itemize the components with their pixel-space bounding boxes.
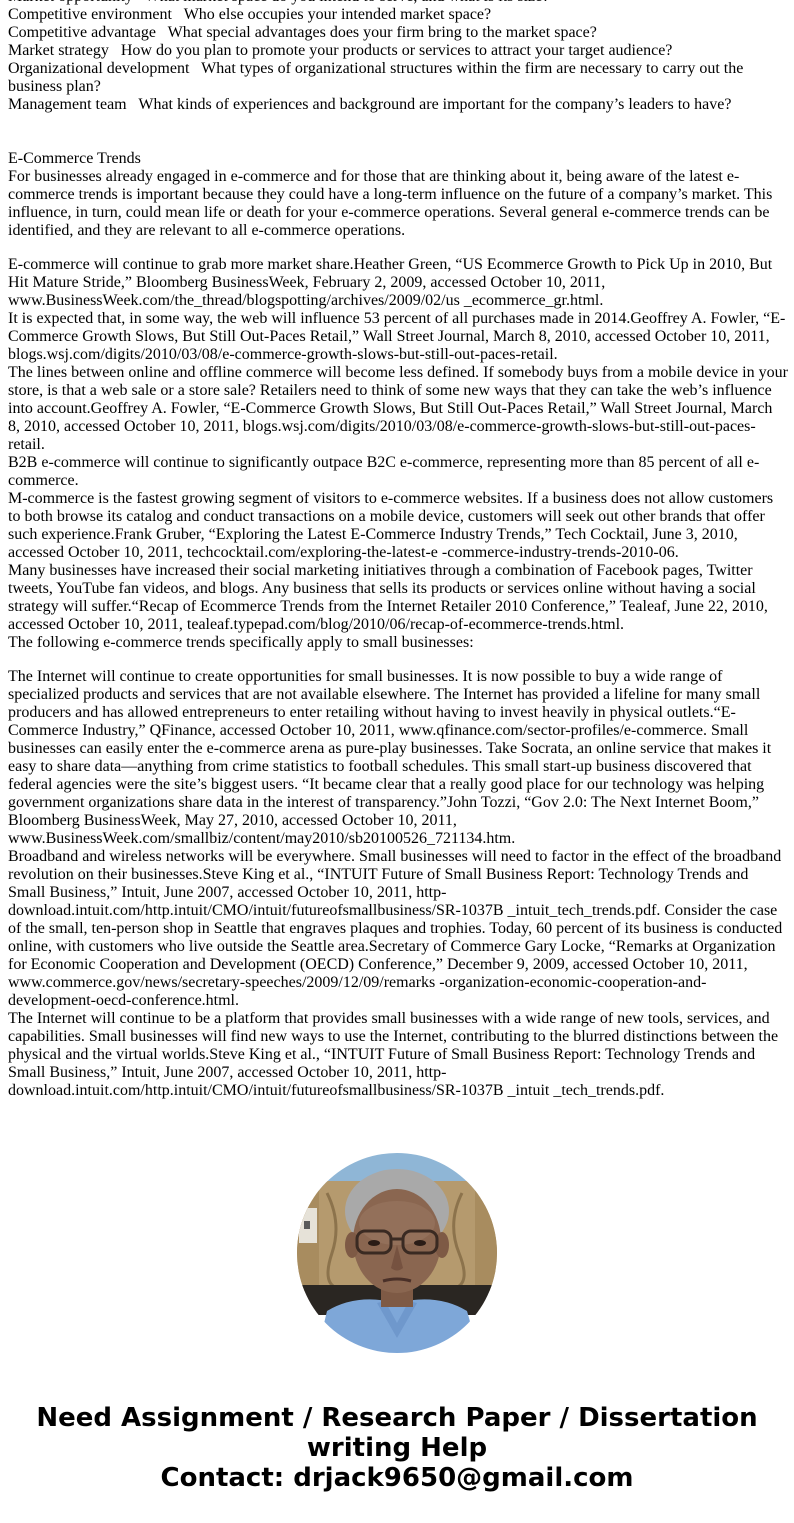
spacer [8,652,788,668]
plan-item-question: How do you plan to promote your products… [121,42,673,59]
portrait-illustration [297,1153,497,1353]
plan-item: Competitive environment Who else occupie… [8,6,788,24]
general-trends-list: E-commerce will continue to grab more ma… [8,256,788,652]
small-business-trends-list: The Internet will continue to create opp… [8,668,788,1100]
trend-item: The lines between online and offline com… [8,364,788,454]
promo-banner: Need Assignment / Research Paper / Disse… [0,1403,794,1493]
plan-item-label: Management team [8,96,127,113]
trend-item: Broadband and wireless networks will be … [8,848,788,1010]
plan-item-label: Competitive environment [8,6,172,23]
promo-line-1: Need Assignment / Research Paper / Disse… [0,1403,794,1433]
plan-item-label: Competitive advantage [8,24,156,41]
plan-item-label: Market opportunity [8,0,133,5]
plan-item: Competitive advantage What special advan… [8,24,788,42]
plan-item: Organizational development What types of… [8,60,788,96]
promo-contact: Contact: drjack9650@gmail.com [0,1463,794,1493]
trend-item: E-commerce will continue to grab more ma… [8,256,788,310]
trend-item: The Internet will continue to be a platf… [8,1010,788,1100]
trend-item: B2B e-commerce will continue to signific… [8,454,788,490]
business-plan-list: Market opportunity What market space do … [8,0,788,114]
section-heading: E-Commerce Trends [8,150,788,168]
promo-line-2: writing Help [0,1433,794,1463]
small-business-intro: The following e-commerce trends specific… [8,634,788,652]
document-body: Market opportunity What market space do … [8,0,788,1100]
plan-item: Management team What kinds of experience… [8,96,788,114]
plan-item: Market strategy How do you plan to promo… [8,42,788,60]
spacer [8,114,788,150]
trend-item: M-commerce is the fastest growing segmen… [8,490,788,562]
plan-item-label: Market strategy [8,42,109,59]
plan-item-label: Organizational development [8,60,189,77]
intro-paragraph: For businesses already engaged in e-comm… [8,168,788,240]
plan-item-question: What market space do you intend to serve… [145,0,550,5]
trend-item: It is expected that, in some way, the we… [8,310,788,364]
plan-item-question: What kinds of experiences and background… [138,96,731,113]
plan-item-question: Who else occupies your intended market s… [184,6,491,23]
spacer [8,240,788,256]
trend-item: The Internet will continue to create opp… [8,668,788,848]
trend-item: Many businesses have increased their soc… [8,562,788,634]
author-photo [297,1153,497,1353]
plan-item-question: What special advantages does your firm b… [168,24,597,41]
